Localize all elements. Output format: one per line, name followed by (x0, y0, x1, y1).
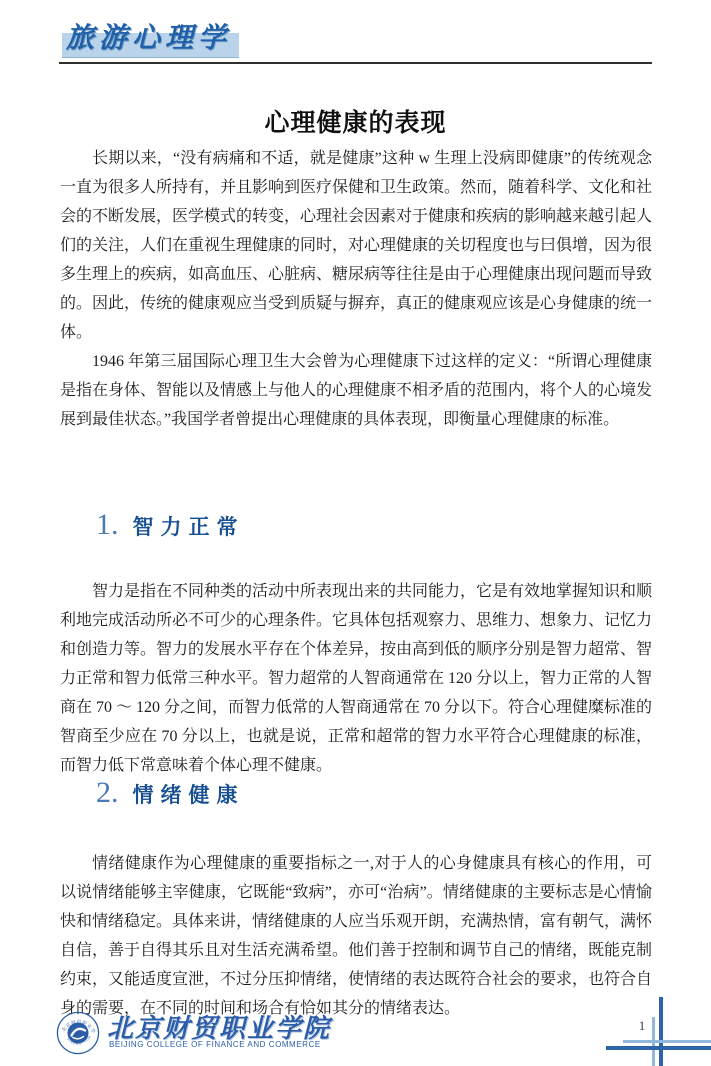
section-number: 2. (96, 776, 119, 810)
section-body-intelligence: 智力是指在不同种类的活动中所表现出来的共同能力，它是有效地掌握知识和顺利地完成活… (60, 577, 652, 780)
header-divider (59, 62, 652, 64)
section-heading-intelligence: 1. 智力正常 (96, 508, 245, 542)
paragraph: 长期以来，“没有病痛和不适，就是健康”这种 w 生理上没病即健康”的传统观念一直… (60, 144, 652, 347)
section-heading-emotion: 2. 情绪健康 (96, 776, 245, 810)
section-title: 智力正常 (133, 511, 245, 541)
section-number: 1. (96, 508, 119, 542)
page-title: 心理健康的表现 (0, 103, 711, 139)
paragraph: 1946 年第三届国际心理卫生大会曾为心理健康下过这样的定义：“所谓心理健康是指… (60, 347, 652, 434)
section-body-emotion: 情绪健康作为心理健康的重要指标之一,对于人的心身健康具有核心的作用，可以说情绪能… (60, 849, 652, 1023)
page-number: 1 (634, 1018, 650, 1034)
college-name-en: BEIJING COLLEGE OF FINANCE AND COMMERCE (109, 1040, 321, 1049)
section-title: 情绪健康 (133, 779, 245, 809)
brand-logotype: 旅游心理学 (66, 16, 231, 56)
document-page: 旅游心理学 心理健康的表现 长期以来，“没有病痛和不适，就是健康”这种 w 生理… (0, 0, 711, 1066)
intro-text: 长期以来，“没有病痛和不适，就是健康”这种 w 生理上没病即健康”的传统观念一直… (60, 144, 652, 434)
corner-line-horizontal-dark (606, 1046, 711, 1050)
college-seal-icon: 北京财贸职业学院 FINANCE · COMMERCE (56, 1011, 100, 1055)
corner-line-horizontal-light (623, 1040, 711, 1043)
corner-line-vertical-dark (659, 997, 663, 1066)
